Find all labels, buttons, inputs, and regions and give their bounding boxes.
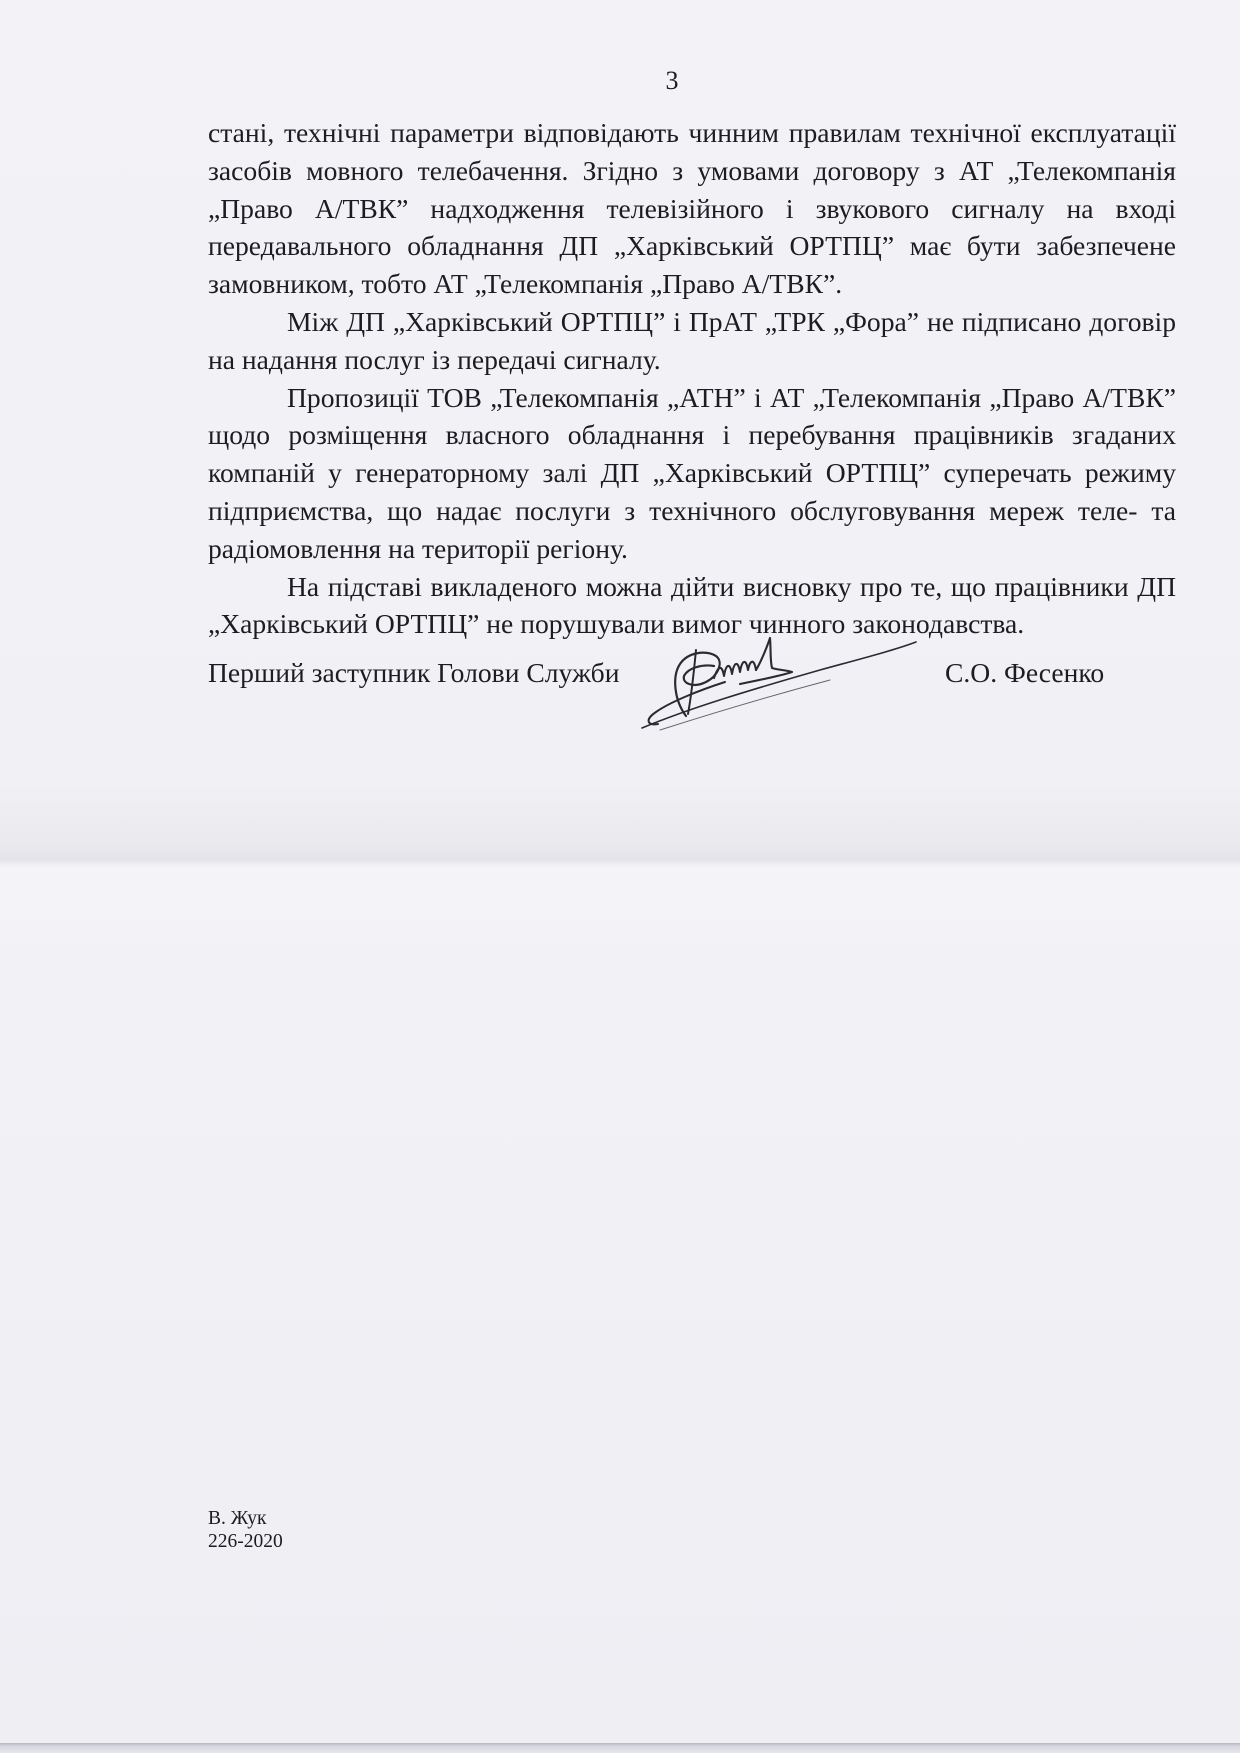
- executor-name: В. Жук: [208, 1507, 283, 1530]
- executor-phone: 226-2020: [208, 1530, 283, 1553]
- paragraph-continuation: стані, технічні параметри відповідають ч…: [208, 114, 1176, 303]
- letter-body: стані, технічні параметри відповідають ч…: [208, 114, 1176, 643]
- signatory-position: Перший заступник Голови Служби: [208, 654, 619, 691]
- paragraph-proposals: Пропозиції ТОВ „Телекомпанія „АТН” і АТ …: [208, 379, 1176, 568]
- signatory-name: С.О. Фесенко: [945, 654, 1104, 691]
- page-number: 3: [52, 64, 1240, 98]
- scan-bottom-edge: [0, 1743, 1240, 1753]
- paragraph-fora-contract: Між ДП „Харківський ОРТПЦ” і ПрАТ „ТРК „…: [208, 303, 1176, 379]
- document-page: 3 стані, технічні параметри відповідають…: [0, 0, 1240, 1743]
- handwritten-signature-icon: [630, 630, 930, 740]
- executor-info: В. Жук 226-2020: [208, 1507, 283, 1553]
